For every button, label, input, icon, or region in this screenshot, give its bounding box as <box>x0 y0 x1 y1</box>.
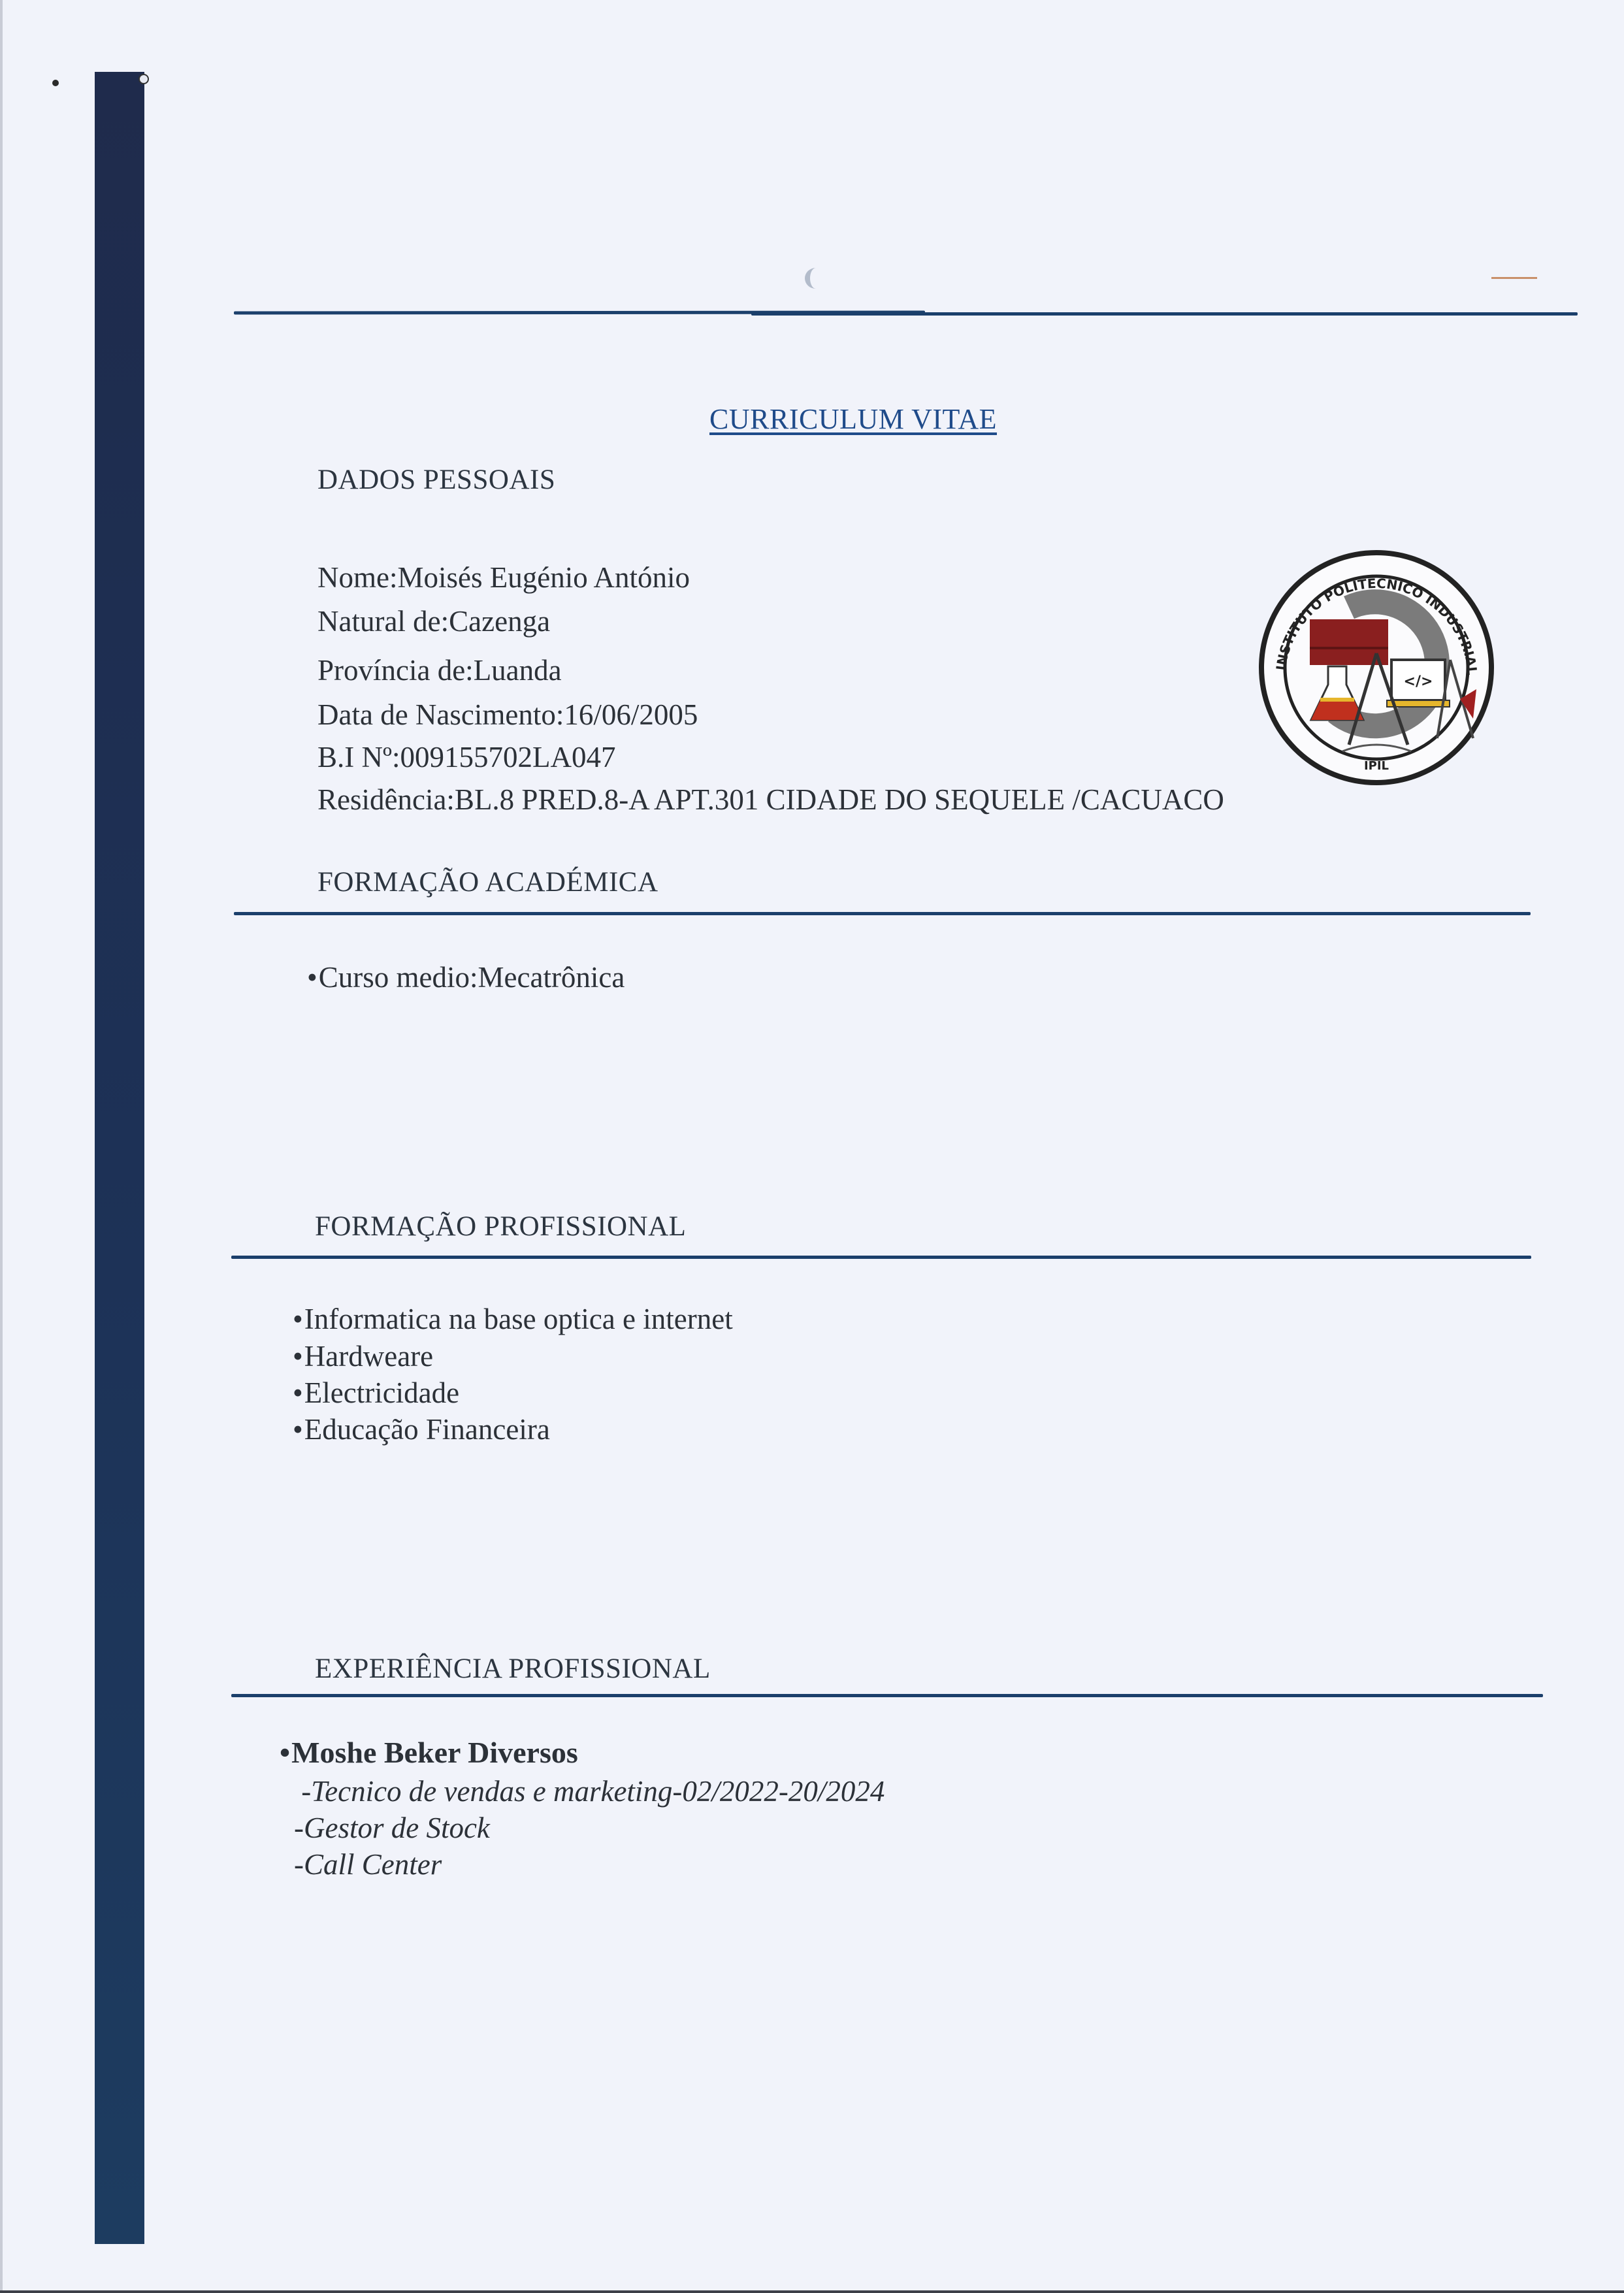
field-province: Província de:Luanda <box>317 653 562 687</box>
section-heading-training: FORMAÇÃO PROFISSIONAL <box>315 1211 686 1243</box>
page-edge <box>0 0 3 2293</box>
svg-text:</>: </> <box>1404 674 1433 690</box>
academic-item: Curso medio:Mecatrônica <box>307 960 625 994</box>
employer-name: Moshe Beker Diversos <box>280 1735 578 1770</box>
page-bottom-edge <box>0 2290 1624 2293</box>
field-residence: Residência:BL.8 PRED.8-A APT.301 CIDADE … <box>317 783 1224 817</box>
training-item: Hardweare <box>293 1339 433 1373</box>
training-item: Informatica na base optica e internet <box>293 1302 733 1336</box>
document-title: CURRICULUM VITAE <box>709 402 997 436</box>
staple-hole-icon <box>138 74 149 84</box>
header-rule-right <box>751 312 1578 316</box>
section-heading-experience: EXPERIÊNCIA PROFISSIONAL <box>315 1653 711 1685</box>
school-seal-icon: </> INSTITUTO POLITÉCNICO INDUSTRIAL DE … <box>1258 549 1496 787</box>
svg-text:IPIL: IPIL <box>1364 759 1389 773</box>
header-accent-rule <box>1491 277 1537 279</box>
experience-role: -Gestor de Stock <box>294 1811 490 1845</box>
training-rule <box>231 1256 1531 1259</box>
experience-role: -Tecnico de vendas e marketing-02/2022-2… <box>294 1774 885 1808</box>
training-item: Educação Financeira <box>293 1412 550 1446</box>
scan-smudge <box>805 268 827 289</box>
section-heading-academic: FORMAÇÃO ACADÉMICA <box>317 866 658 898</box>
training-item: Electricidade <box>293 1376 459 1410</box>
experience-role: -Call Center <box>294 1847 442 1881</box>
field-birthplace: Natural de:Cazenga <box>317 604 550 638</box>
decorative-side-bar <box>95 72 144 2244</box>
field-id-number: B.I Nº:009155702LA047 <box>317 740 615 774</box>
field-birth-date: Data de Nascimento:16/06/2005 <box>317 698 698 732</box>
experience-rule <box>231 1694 1543 1697</box>
field-name: Nome:Moisés Eugénio António <box>317 561 690 594</box>
section-heading-personal: DADOS PESSOAIS <box>317 464 555 496</box>
academic-rule <box>234 912 1531 915</box>
punch-hole-icon <box>52 80 59 86</box>
